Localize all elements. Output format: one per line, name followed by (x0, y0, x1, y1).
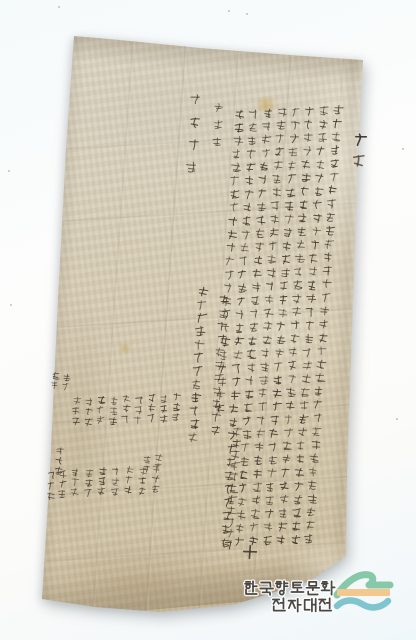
watermark (0, 0, 416, 640)
dust-speck (58, 6, 60, 8)
dust-speck (402, 148, 404, 150)
dust-speck (246, 13, 248, 15)
dust-speck (10, 304, 12, 306)
watermark-text-line1 (245, 581, 335, 595)
dust-speck (396, 418, 398, 420)
photo-of-old-document (0, 0, 416, 640)
watermark-text-line2 (273, 598, 331, 611)
watermark-logo-icon (337, 575, 390, 608)
dust-speck (228, 10, 230, 12)
dust-speck (8, 170, 10, 172)
